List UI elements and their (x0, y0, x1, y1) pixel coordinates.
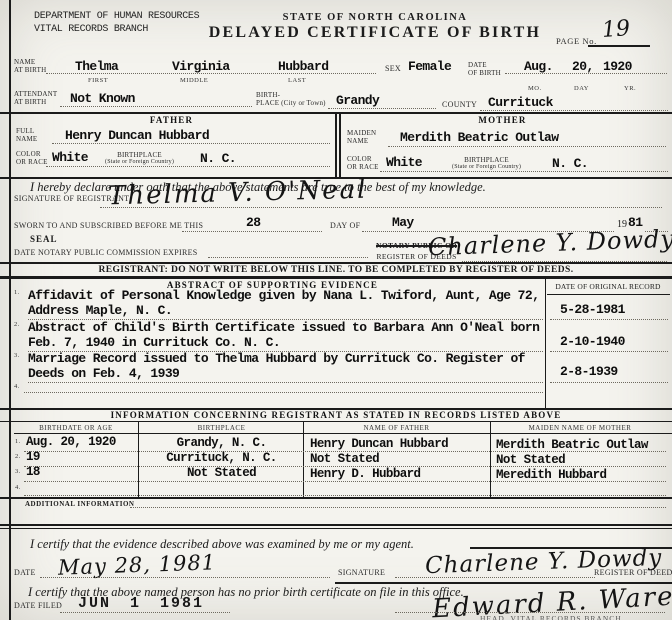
info-row2-father: Not Stated (310, 452, 379, 466)
mother-bp-label-line1: BIRTHPLACE (452, 156, 521, 164)
info-row3-father: Henry D. Hubbard (310, 467, 420, 481)
birthplace-city-value: Grandy (336, 93, 379, 108)
father-race-value: White (52, 150, 88, 165)
yr-sublabel: YR. (624, 85, 636, 92)
info-table-header-underline (14, 433, 672, 434)
info-row1-birthplace: Grandy, N. C. (140, 436, 303, 450)
day-of-label: DAY OF (330, 221, 360, 230)
bp-label-line1: BIRTH- (256, 91, 326, 99)
abstract-date3-dotted-line (550, 381, 668, 383)
bp-label-line2: PLACE (City or Town) (256, 99, 326, 107)
abstract-item4-dotted-line (24, 391, 543, 393)
county-label: COUNTY (442, 100, 477, 109)
dob-day-value: 20, (572, 59, 594, 74)
mother-race-dotted-line (380, 170, 668, 172)
cert-signature-label: SIGNATURE (338, 568, 385, 577)
mother-maidenname-label: MAIDEN NAME (347, 129, 376, 145)
mother-name-label-line1: MAIDEN (347, 129, 376, 137)
mother-maidenname-value: Merdith Beatric Outlaw (400, 130, 558, 145)
head-signature-dotted-line (395, 611, 665, 613)
department-line2: VITAL RECORDS BRANCH (34, 24, 199, 37)
day-sublabel: DAY (574, 85, 589, 92)
parents-divider-line1 (335, 114, 337, 177)
registrant-band-bottom-rule (0, 276, 672, 279)
attendant-label-line1: ATTENDANT (14, 90, 57, 98)
cert-date-dotted-line (40, 576, 330, 578)
mother-birthplace-value: N. C. (552, 156, 588, 171)
date-of-birth-label: DATE OF BIRTH (468, 61, 501, 77)
scan-edge-line (9, 0, 11, 620)
date-filed-stamp: JUN 1 1981 (78, 595, 204, 612)
abstract-item1-number: 1. (14, 289, 20, 296)
date-filed-dotted-line (60, 611, 230, 613)
seal-label: SEAL (30, 234, 58, 244)
info-col-birthdate-header: BIRTHDATE OR AGE (14, 424, 138, 432)
attendant-dotted-line (60, 105, 252, 107)
dob-year-value: 1920 (603, 59, 632, 74)
certificate-title: DELAYED CERTIFICATE OF BIRTH (180, 24, 570, 42)
mother-name-dotted-line (388, 145, 666, 147)
attendant-label: ATTENDANT AT BIRTH (14, 90, 57, 106)
info-row3-number: 3. (15, 468, 21, 475)
abstract-item2-text: Abstract of Child's Birth Certificate is… (28, 320, 550, 350)
info-row3-birthdate: 18 (26, 465, 40, 479)
info-row3-dotted-line (24, 480, 666, 482)
middle-sublabel: MIDDLE (180, 77, 208, 84)
info-row4-dotted-line (24, 494, 666, 496)
info-col-father-header: NAME OF FATHER (305, 424, 488, 432)
abstract-item3-text: Marriage Record issued to Thelma Hubbard… (28, 351, 550, 381)
info-table-vline-3 (490, 421, 491, 497)
sworn-day-value: 28 (246, 215, 260, 230)
abstract-date-col-underline (547, 294, 670, 295)
department-line1: DEPARTMENT OF HUMAN RESOURCES (34, 11, 199, 24)
attendant-value: Not Known (70, 91, 135, 106)
certification-top-rule-heavy (0, 524, 672, 526)
page-no-handwritten: 19 (601, 16, 631, 43)
father-bp-label-line1: BIRTHPLACE (105, 151, 174, 159)
abstract-item4-number: 4. (14, 383, 20, 390)
father-race-label-line1: COLOR (16, 150, 48, 158)
name-label-line2: AT BIRTH (14, 66, 46, 74)
father-name-label-line1: FULL (16, 127, 37, 135)
mother-race-value: White (386, 155, 422, 170)
info-row3-birthplace: Not Stated (140, 466, 303, 480)
birthplace-city-label: BIRTH- PLACE (City or Town) (256, 91, 326, 107)
name-label-line1: NAME (14, 58, 46, 66)
head-vital-records-label: HEAD, VITAL RECORDS BRANCH (480, 614, 622, 620)
sex-value: Female (408, 59, 451, 74)
father-race-label-line2: OR RACE (16, 158, 48, 166)
info-row1-number: 1. (15, 438, 21, 445)
additional-info-dotted-line (130, 506, 666, 508)
notary-expires-dotted-line (208, 256, 368, 258)
info-row4-number: 4. (15, 484, 21, 491)
attendant-label-line2: AT BIRTH (14, 98, 57, 106)
mother-section-heading: MOTHER (345, 115, 660, 125)
info-table-title-underline (0, 421, 672, 422)
info-row2-number: 2. (15, 453, 21, 460)
father-race-label: COLOR OR RACE (16, 150, 48, 166)
mother-race-label: COLOR OR RACE (347, 155, 379, 171)
info-row2-birthdate: 19 (26, 450, 40, 464)
cert-signature-dotted-line (395, 576, 595, 578)
delayed-birth-certificate-scan: DEPARTMENT OF HUMAN RESOURCES VITAL RECO… (0, 0, 672, 620)
notary-expires-label: DATE NOTARY PUBLIC COMMISSION EXPIRES (14, 248, 198, 257)
registrant-do-not-write-note: REGISTRANT: DO NOT WRITE BELOW THIS LINE… (0, 265, 672, 275)
mother-race-label-line1: COLOR (347, 155, 379, 163)
abstract-item3-dotted-line (28, 381, 543, 383)
cert-register-of-deeds-label: REGISTER OF DEEDS (594, 568, 672, 577)
father-section-heading: FATHER (14, 115, 329, 125)
birthplace-dotted-line (328, 107, 436, 109)
father-fullname-label: FULL NAME (16, 127, 37, 143)
name-at-birth-label: NAME AT BIRTH (14, 58, 46, 74)
sworn-label: SWORN TO AND SUBSCRIBED BEFORE ME THIS (14, 221, 203, 230)
abstract-item2-number: 2. (14, 321, 20, 328)
father-name-dotted-line (52, 142, 330, 144)
abstract-date2-value: 2-10-1940 (560, 334, 625, 349)
info-table-title: INFORMATION CONCERNING REGISTRANT AS STA… (0, 410, 672, 420)
middle-name-value: Virginia (172, 59, 230, 74)
mo-sublabel: MO. (528, 85, 542, 92)
dob-label-line2: OF BIRTH (468, 69, 501, 77)
abstract-date2-dotted-line (550, 350, 668, 352)
father-race-dotted-line (46, 165, 330, 167)
abstract-date3-value: 2-8-1939 (560, 364, 618, 379)
info-row1-birthdate: Aug. 20, 1920 (26, 435, 116, 449)
dob-month-value: Aug. (524, 59, 553, 74)
page-no-underline (588, 45, 650, 47)
info-table-bottom-rule (0, 497, 672, 499)
additional-information-label: ADDITIONAL INFORMATION (25, 500, 134, 508)
info-table-vline-1 (138, 421, 139, 497)
first-name-value: Thelma (75, 59, 118, 74)
dob-label-line1: DATE (468, 61, 501, 69)
department-block: DEPARTMENT OF HUMAN RESOURCES VITAL RECO… (34, 11, 199, 36)
cert-date-label: DATE (14, 568, 36, 577)
mother-name-label-line2: NAME (347, 137, 376, 145)
abstract-item3-number: 3. (14, 352, 20, 359)
info-table-vline-2 (303, 421, 304, 497)
county-value: Currituck (488, 95, 553, 110)
certification-top-rule-thin (0, 528, 672, 529)
abstract-date-col-header: DATE OF ORIGINAL RECORD (546, 282, 670, 291)
abstract-item1-text: Affidavit of Personal Knowledge given by… (28, 288, 550, 318)
father-name-label-line2: NAME (16, 135, 37, 143)
sworn-month-value: May (392, 215, 414, 230)
registrant-band-top-rule (0, 262, 672, 264)
mother-race-label-line2: OR RACE (347, 163, 379, 171)
father-fullname-value: Henry Duncan Hubbard (65, 128, 209, 143)
county-dotted-line (480, 109, 668, 111)
abstract-date1-dotted-line (550, 318, 668, 320)
sworn-day-dotted-line (182, 230, 322, 232)
state-heading: STATE OF NORTH CAROLINA (220, 12, 530, 23)
father-birthplace-label: BIRTHPLACE (State or Foreign Country) (105, 151, 174, 166)
evidence-certify-statement: I certify that the evidence described ab… (30, 537, 414, 552)
mother-birthplace-label: BIRTHPLACE (State or Foreign Country) (452, 156, 521, 171)
father-birthplace-value: N. C. (200, 151, 236, 166)
abstract-date1-value: 5-28-1981 (560, 302, 625, 317)
last-name-value: Hubbard (278, 59, 328, 74)
sex-label: SEX (385, 64, 401, 73)
first-sublabel: FIRST (88, 77, 108, 84)
date-filed-label: DATE FILED (14, 601, 62, 610)
parents-divider-line2 (339, 114, 341, 177)
info-col-mother-header: MAIDEN NAME OF MOTHER (492, 424, 668, 432)
last-sublabel: LAST (288, 77, 306, 84)
info-row2-birthplace: Currituck, N. C. (140, 451, 303, 465)
info-col-birthplace-header: BIRTHPLACE (140, 424, 303, 432)
info-row1-father: Henry Duncan Hubbard (310, 437, 448, 451)
